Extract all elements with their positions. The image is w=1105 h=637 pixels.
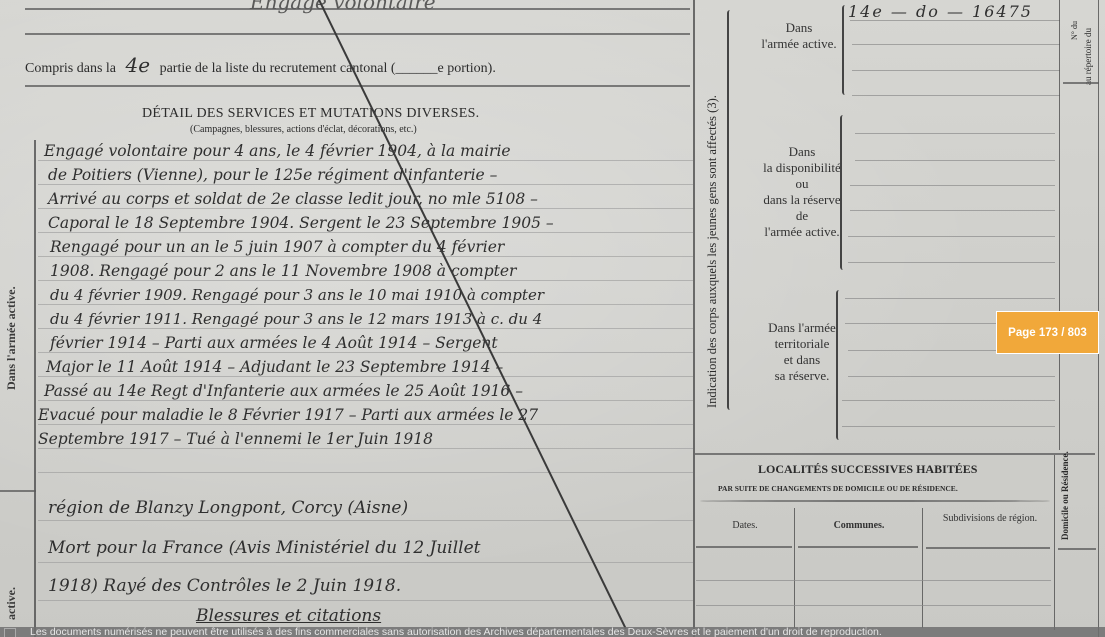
localites-header-curve [700,500,1050,502]
localites-col-divider [1054,455,1055,630]
right-ruled-line [855,160,1055,161]
far-right-divider [1059,0,1060,450]
service-line: de Poitiers (Vienne), pour le 125e régim… [48,166,497,184]
right-ruled-line [855,133,1055,134]
localites-header-rule [798,546,918,548]
ruled-line [38,160,693,161]
service-line: du 4 février 1909. Rengagé pour 3 ans le… [50,286,544,304]
ruled-line [38,304,693,305]
localites-top-rule [695,453,1095,455]
right-ruled-line [852,95,1060,96]
top-rule [25,8,690,10]
section-reserve-label: Dans la disponibilité ou dans la réserve… [763,144,841,239]
top-rule-2 [25,33,690,35]
section-active-army-label: Dans l'armée active. [761,20,836,51]
ruled-line [38,256,693,257]
far-right-label-small: N° du [1070,21,1079,40]
ruled-line [38,520,693,521]
ruled-line [38,600,693,601]
copyright-notice-banner: Les documents numérisés ne peuvent être … [0,627,1105,637]
copyright-notice-text: Les documents numérisés ne peuvent être … [30,627,882,637]
localites-header-rule [926,547,1050,549]
right-ruled-line [848,376,1055,377]
right-ruled-line [850,20,1060,21]
corps-brace [727,10,733,410]
right-ruled-line [842,400,1055,401]
localites-row-rule [696,605,1051,606]
localites-col-subdivisions: Subdivisions de région. [940,513,1040,525]
right-ruled-line [848,262,1055,263]
ruled-line [38,328,693,329]
service-line: Major le 11 Août 1914 – Adjudant le 23 S… [46,358,503,376]
top-handwritten-text: Engagé volontaire [250,0,436,14]
far-right-label: au répertoire du [1083,28,1093,85]
ruled-line [38,400,693,401]
right-ruled-line [852,44,1060,45]
territorial-brace [836,290,842,440]
right-ruled-line [848,236,1055,237]
panel-divider [693,0,695,637]
recruitment-rule [25,85,690,87]
recruitment-line: Compris dans la 4e partie de la liste du… [25,53,496,77]
service-line: février 1914 – Parti aux armées le 4 Aoû… [50,334,498,352]
page-counter-label: Page 173 / 803 [1008,327,1087,339]
service-line: du 4 février 1911. Rengagé pour 3 ans le… [50,310,542,328]
recruitment-part: 4e [126,53,151,77]
localites-col-divider [922,508,923,628]
service-line: Passé au 14e Regt d'Infanterie aux armée… [44,382,523,400]
localites-col-divider [794,508,795,628]
service-line: 1918) Rayé des Contrôles le 2 Juin 1918. [48,576,401,596]
ruled-line [38,184,693,185]
localites-side-label: Domicile ou Résidence. [1060,451,1070,540]
ruled-line [38,376,693,377]
ruled-line [38,208,693,209]
localites-header-rule [696,546,792,548]
localites-col-dates: Dates. [700,520,790,531]
right-ruled-line [845,298,1055,299]
ruled-line [38,424,693,425]
right-ruled-line [852,70,1060,71]
localites-row-rule [696,580,1051,581]
ruled-line [38,232,693,233]
right-ruled-line [850,185,1055,186]
service-line: Mort pour la France (Avis Ministériel du… [48,538,481,558]
localites-title: LOCALITÉS SUCCESSIVES HABITÉES [758,462,977,477]
left-margin-divider [0,490,36,492]
service-line: Engagé volontaire pour 4 ans, le 4 févri… [44,142,511,160]
left-label-active: active. [4,587,19,620]
localites-subtitle: PAR SUITE DE CHANGEMENTS DE DOMICILE OU … [718,484,958,493]
localites-header-rule [1058,548,1096,550]
left-label-active-army: Dans l'armée active. [4,286,19,390]
corps-indication-label: Indication des corps auxquels les jeunes… [705,95,720,408]
ruled-line [38,448,693,449]
recruitment-suffix: partie de la liste du recrutement canton… [160,61,496,76]
section-reserve: Dans la disponibilité ou dans la réserve… [734,144,870,240]
info-icon[interactable] [4,628,16,637]
section-territorial: Dans l'armée territoriale et dans sa rés… [734,320,870,384]
right-ruled-line [842,426,1055,427]
reserve-brace [840,115,846,270]
far-right-rule [1063,82,1099,84]
section-title: DÉTAIL DES SERVICES ET MUTATIONS DIVERSE… [142,106,479,122]
ruled-line [38,472,693,473]
page-counter-badge: Page 173 / 803 [996,311,1099,354]
service-line: Caporal le 18 Septembre 1904. Sergent le… [48,214,554,232]
service-line: région de Blanzy Longpont, Corcy (Aisne) [48,498,408,518]
service-line: Evacué pour maladie le 8 Février 1917 – … [38,406,538,424]
ruled-line [38,280,693,281]
service-line: Septembre 1917 – Tué à l'ennemi le 1er J… [38,430,433,448]
recruitment-prefix: Compris dans la [25,61,116,76]
section-territorial-label: Dans l'armée territoriale et dans sa rés… [768,320,836,383]
left-margin-line [34,140,36,637]
service-line: Blessures et citations [196,606,381,626]
ruled-line [38,352,693,353]
localites-col-communes: Communes. [800,520,918,531]
active-army-entry: 14e — do — 16475 [848,2,1033,21]
scanned-register-page: Engagé volontaire Compris dans la 4e par… [0,0,1105,637]
right-ruled-line [850,210,1055,211]
service-line: Arrivé au corps et soldat de 2e classe l… [48,190,538,208]
